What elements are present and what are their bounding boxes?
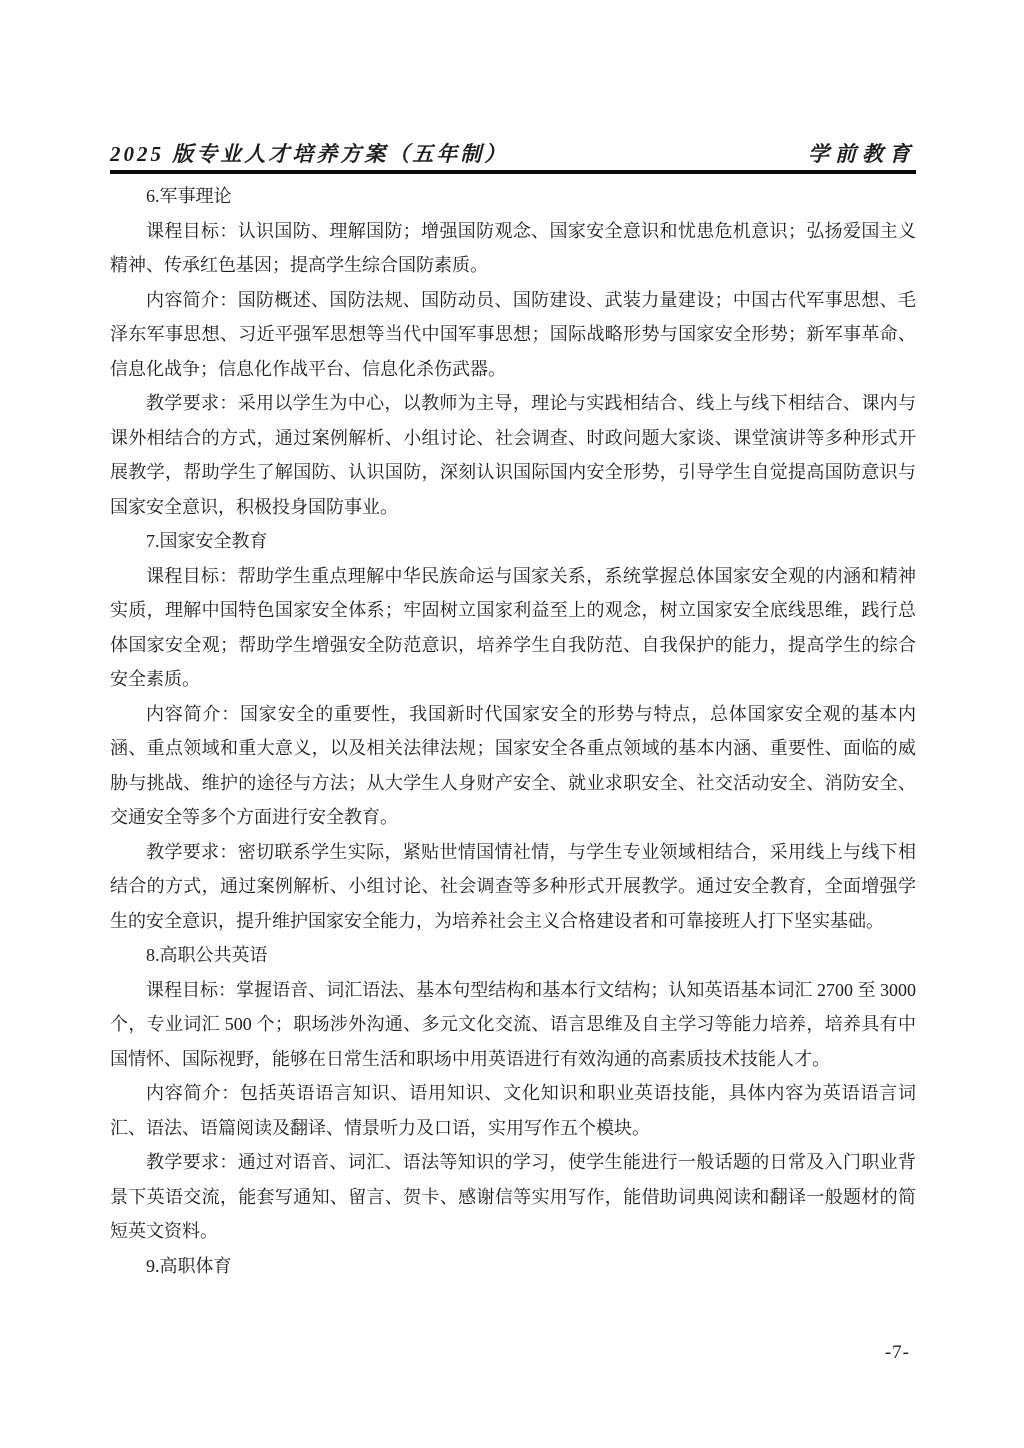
- paragraph-teaching-requirements: 教学要求：通过对语音、词汇、语法等知识的学习，使学生能进行一般话题的日常及入门职…: [110, 1145, 916, 1249]
- page-number: -7-: [885, 1342, 910, 1364]
- paragraph-content-intro: 内容简介：国防概述、国防法规、国防动员、国防建设、武装力量建设；中国古代军事思想…: [110, 283, 916, 387]
- header-left-title: 2025 版专业人才培养方案（五年制）: [110, 141, 508, 167]
- paragraph-course-objectives: 课程目标：掌握语音、词汇语法、基本句型结构和基本行文结构；认知英语基本词汇 27…: [110, 973, 916, 1077]
- header-right-title: 学前教育: [808, 141, 916, 167]
- paragraph-teaching-requirements: 教学要求：密切联系学生实际，紧贴世情国情社情，与学生专业领域相结合，采用线上与线…: [110, 835, 916, 939]
- section-heading-vocational-pe: 9.高职体育: [110, 1249, 916, 1284]
- header-double-rule: [110, 170, 916, 174]
- section-heading-vocational-english: 8.高职公共英语: [110, 938, 916, 973]
- paragraph-course-objectives: 课程目标：帮助学生重点理解中华民族命运与国家关系，系统掌握总体国家安全观的内涵和…: [110, 559, 916, 697]
- section-heading-military-theory: 6.军事理论: [110, 179, 916, 214]
- paragraph-course-objectives: 课程目标：认识国防、理解国防；增强国防观念、国家安全意识和忧患危机意识；弘扬爱国…: [110, 214, 916, 283]
- section-heading-national-security-education: 7.国家安全教育: [110, 524, 916, 559]
- paragraph-teaching-requirements: 教学要求：采用以学生为中心，以教师为主导，理论与实践相结合、线上与线下相结合、课…: [110, 386, 916, 524]
- page-content: 2025 版专业人才培养方案（五年制） 学前教育 6.军事理论 课程目标：认识国…: [110, 141, 916, 1283]
- paragraph-content-intro: 内容简介：包括英语语言知识、语用知识、文化知识和职业英语技能，具体内容为英语语言…: [110, 1076, 916, 1145]
- document-header: 2025 版专业人才培养方案（五年制） 学前教育: [110, 141, 916, 170]
- paragraph-content-intro: 内容简介：国家安全的重要性，我国新时代国家安全的形势与特点，总体国家安全观的基本…: [110, 697, 916, 835]
- document-page: 2025 版专业人才培养方案（五年制） 学前教育 6.军事理论 课程目标：认识国…: [0, 0, 1024, 1448]
- document-body: 6.军事理论 课程目标：认识国防、理解国防；增强国防观念、国家安全意识和忧患危机…: [110, 179, 916, 1283]
